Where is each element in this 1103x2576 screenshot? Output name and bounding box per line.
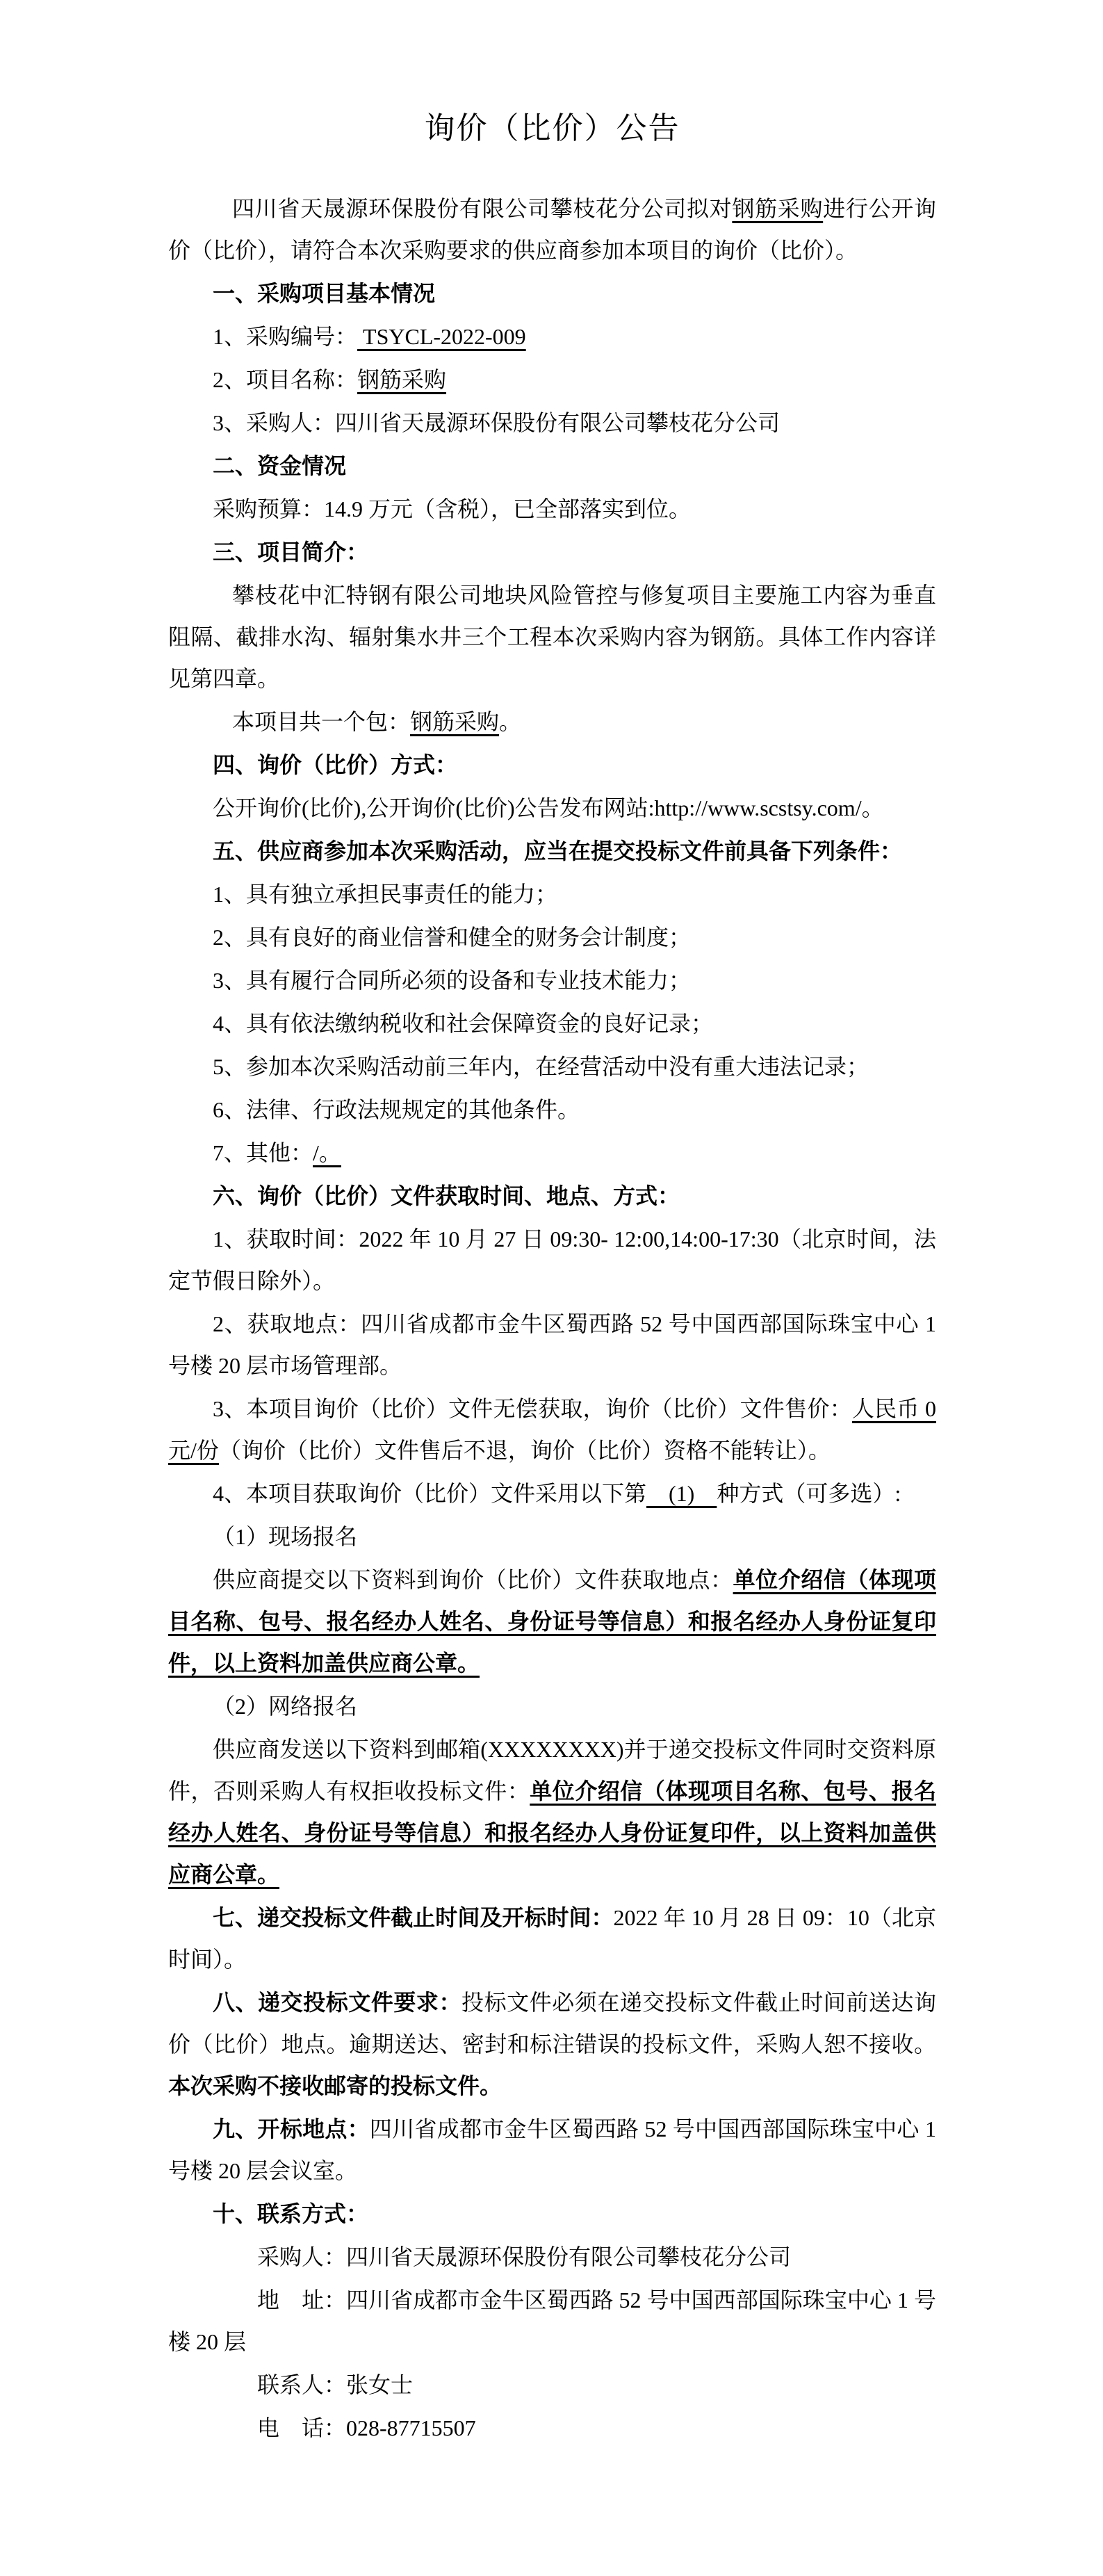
text-run: 3、具有履行合同所必须的设备和专业技术能力； — [213, 968, 691, 993]
contact-purchaser: 采购人：四川省天晟源环保股份有限公司攀枝花分公司 — [168, 2236, 936, 2278]
text-run: 四、询价（比价）方式： — [213, 752, 457, 777]
text-run: 2、具有良好的商业信誉和健全的财务会计制度； — [213, 925, 691, 950]
text-run: TSYCL-2022-009 — [357, 324, 526, 349]
online-material-paragraph: 供应商发送以下资料到邮箱(XXXXXXXX)并于递交投标文件同时交资料原件，否则… — [168, 1728, 936, 1895]
text-run: 电 话：028-87715507 — [257, 2415, 476, 2440]
document-body: 四川省天晟源环保股份有限公司攀枝花分公司拟对钢筋采购进行公开询价（比价），请符合… — [168, 188, 936, 2449]
contact-phone: 电 话：028-87715507 — [168, 2407, 936, 2449]
text-run: 本次采购不接收邮寄的投标文件。 — [168, 2073, 502, 2098]
text-run: 2、获取地点：四川省成都市金牛区蜀西路 52 号中国西部国际珠宝中心 1 号楼 … — [168, 1311, 936, 1378]
condition-item-4: 4、具有依法缴纳税收和社会保障资金的良好记录； — [168, 1003, 936, 1044]
text-run: （2）网络报名 — [213, 1694, 357, 1719]
announcement-document: 询价（比价）公告 四川省天晟源环保股份有限公司攀枝花分公司拟对钢筋采购进行公开询… — [0, 0, 1103, 2576]
project-brief-paragraph: 攀枝花中汇特钢有限公司地块风险管控与修复项目主要施工内容为垂直阻隔、截排水沟、辐… — [168, 574, 936, 699]
text-run: 2、项目名称： — [213, 367, 357, 392]
text-run: 4、本项目获取询价（比价）文件采用以下第 — [213, 1481, 646, 1506]
online-option: （2）网络报名 — [168, 1685, 936, 1727]
text-run: 三、项目简介： — [213, 540, 368, 565]
contact-person: 联系人：张女士 — [168, 2364, 936, 2406]
text-run: 联系人：张女士 — [257, 2372, 413, 2397]
section-7-deadline: 七、递交投标文件截止时间及开标时间：2022 年 10 月 28 日 09：10… — [168, 1897, 936, 1980]
text-run: （询价（比价）文件售后不退，询价（比价）资格不能转让）。 — [219, 1438, 831, 1463]
text-run: (1) — [646, 1481, 717, 1506]
obtain-place-item: 2、获取地点：四川省成都市金牛区蜀西路 52 号中国西部国际珠宝中心 1 号楼 … — [168, 1303, 936, 1386]
section-1-heading: 一、采购项目基本情况 — [168, 273, 936, 314]
intro-paragraph: 四川省天晟源环保股份有限公司攀枝花分公司拟对钢筋采购进行公开询价（比价），请符合… — [168, 188, 936, 271]
contact-address: 地 址：四川省成都市金牛区蜀西路 52 号中国西部国际珠宝中心 1 号楼 20 … — [168, 2279, 936, 2363]
text-run: 。 — [499, 709, 521, 734]
text-run: 地 址：四川省成都市金牛区蜀西路 52 号中国西部国际珠宝中心 1 号楼 20 … — [168, 2287, 936, 2354]
text-run: 3、采购人：四川省天晟源环保股份有限公司攀枝花分公司 — [213, 410, 780, 435]
condition-item-6: 6、法律、行政法规规定的其他条件。 — [168, 1089, 936, 1131]
text-run: 七、递交投标文件截止时间及开标时间： — [213, 1905, 614, 1930]
text-run: 十、联系方式： — [213, 2201, 368, 2226]
section-5-heading: 五、供应商参加本次采购活动，应当在提交投标文件前具备下列条件： — [168, 830, 936, 872]
package-paragraph: 本项目共一个包：钢筋采购。 — [168, 701, 936, 743]
onsite-option: （1）现场报名 — [168, 1516, 936, 1557]
condition-item-2: 2、具有良好的商业信誉和健全的财务会计制度； — [168, 916, 936, 958]
text-run: 4、具有依法缴纳税收和社会保障资金的良好记录； — [213, 1011, 713, 1036]
text-run: 九、开标地点： — [213, 2116, 370, 2141]
text-run: 八、递交投标文件要求： — [213, 1990, 461, 2015]
section-10-heading: 十、联系方式： — [168, 2193, 936, 2235]
condition-item-7: 7、其他：/。 — [168, 1132, 936, 1174]
text-run: 采购预算：14.9 万元（含税），已全部落实到位。 — [213, 496, 691, 521]
section-8-requirements: 八、递交投标文件要求：投标文件必须在递交投标文件截止时间前送达询价（比价）地点。… — [168, 1982, 936, 2107]
text-run: 5、参加本次采购活动前三年内，在经营活动中没有重大违法记录； — [213, 1054, 869, 1079]
section-3-heading: 三、项目简介： — [168, 531, 936, 573]
section-2-heading: 二、资金情况 — [168, 445, 936, 487]
condition-item-1: 1、具有独立承担民事责任的能力； — [168, 873, 936, 915]
text-run: 种方式（可多选）: — [717, 1481, 901, 1506]
budget-paragraph: 采购预算：14.9 万元（含税），已全部落实到位。 — [168, 488, 936, 530]
text-run: 1、获取时间：2022 年 10 月 27 日 09:30- 12:00,14:… — [168, 1226, 936, 1293]
text-run: 钢筋采购 — [410, 709, 499, 734]
text-run: 1、采购编号： — [213, 324, 357, 349]
condition-item-5: 5、参加本次采购活动前三年内，在经营活动中没有重大违法记录； — [168, 1046, 936, 1087]
onsite-material-paragraph: 供应商提交以下资料到询价（比价）文件获取地点：单位介绍信（体现项目名称、包号、报… — [168, 1559, 936, 1684]
text-run: 公开询价(比价),公开询价(比价)公告发布网站:http://www.scsts… — [213, 795, 884, 820]
section-9-open-place: 九、开标地点：四川省成都市金牛区蜀西路 52 号中国西部国际珠宝中心 1 号楼 … — [168, 2108, 936, 2192]
inquiry-method-paragraph: 公开询价(比价),公开询价(比价)公告发布网站:http://www.scsts… — [168, 787, 936, 829]
text-run: 钢筋采购 — [357, 367, 446, 392]
obtain-price-item: 3、本项目询价（比价）文件无偿获取，询价（比价）文件售价：人民币 0 元/份（询… — [168, 1388, 936, 1471]
text-run: 本项目共一个包： — [232, 709, 410, 734]
document-title: 询价（比价）公告 — [168, 111, 936, 146]
section-6-heading: 六、询价（比价）文件获取时间、地点、方式： — [168, 1175, 936, 1217]
text-run: 7、其他： — [213, 1140, 313, 1165]
condition-item-3: 3、具有履行合同所必须的设备和专业技术能力； — [168, 959, 936, 1001]
text-run: 二、资金情况 — [213, 453, 346, 478]
item-purchaser: 3、采购人：四川省天晟源环保股份有限公司攀枝花分公司 — [168, 402, 936, 444]
text-run: 供应商提交以下资料到询价（比价）文件获取地点： — [213, 1567, 733, 1592]
obtain-method-item: 4、本项目获取询价（比价）文件采用以下第 (1) 种方式（可多选）: — [168, 1473, 936, 1514]
text-run: 钢筋采购 — [732, 196, 823, 221]
text-run: 6、法律、行政法规规定的其他条件。 — [213, 1097, 580, 1122]
text-run: 五、供应商参加本次采购活动，应当在提交投标文件前具备下列条件： — [213, 839, 902, 864]
text-run: 四川省天晟源环保股份有限公司攀枝花分公司拟对 — [232, 196, 732, 221]
item-purchase-number: 1、采购编号： TSYCL-2022-009 — [168, 316, 936, 357]
section-4-heading: 四、询价（比价）方式： — [168, 744, 936, 786]
text-run: 攀枝花中汇特钢有限公司地块风险管控与修复项目主要施工内容为垂直阻隔、截排水沟、辐… — [168, 583, 936, 691]
item-project-name: 2、项目名称：钢筋采购 — [168, 359, 936, 400]
text-run: 一、采购项目基本情况 — [213, 281, 435, 306]
text-run: 1、具有独立承担民事责任的能力； — [213, 882, 557, 907]
text-run: 采购人：四川省天晟源环保股份有限公司攀枝花分公司 — [257, 2244, 791, 2269]
obtain-time-item: 1、获取时间：2022 年 10 月 27 日 09:30- 12:00,14:… — [168, 1218, 936, 1302]
text-run: 六、询价（比价）文件获取时间、地点、方式： — [213, 1183, 680, 1208]
text-run: /。 — [313, 1140, 341, 1165]
text-run: （1）现场报名 — [213, 1524, 357, 1549]
text-run: 3、本项目询价（比价）文件无偿获取，询价（比价）文件售价： — [213, 1396, 852, 1421]
